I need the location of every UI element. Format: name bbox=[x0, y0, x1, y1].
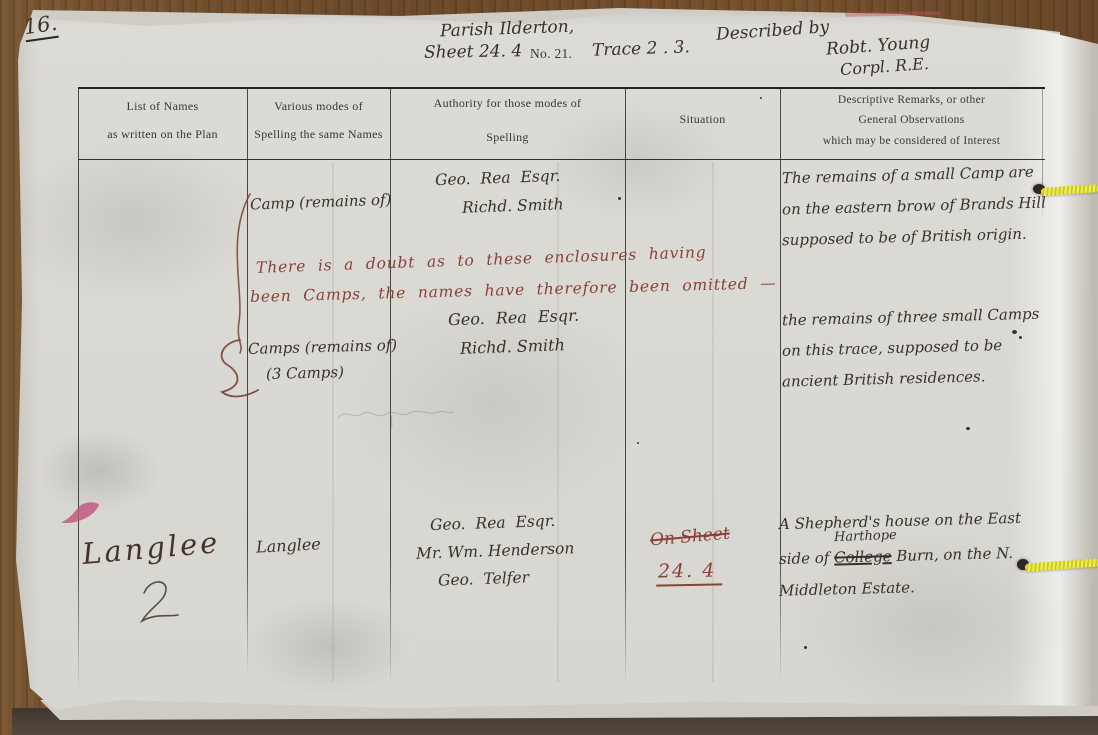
header-authority-line2: Spelling bbox=[390, 130, 625, 145]
header-situation: Situation bbox=[625, 112, 780, 127]
entry3-authority-3: Geo. Telfer bbox=[438, 568, 530, 589]
ink-speck bbox=[618, 197, 621, 200]
header-authority-line1: Authority for those modes of bbox=[390, 96, 625, 111]
paper-crease-3 bbox=[712, 162, 714, 682]
table-border-left bbox=[78, 88, 79, 692]
header-remarks-line2: General Observations bbox=[780, 114, 1043, 126]
entry3-remarks-struck-word: College bbox=[834, 547, 892, 566]
entry3-remarks-line2-prefix: side of bbox=[779, 549, 835, 568]
header-spelling-line1: Various modes of bbox=[247, 99, 390, 114]
entry3-situation-reference: 24. 4 bbox=[656, 559, 723, 586]
paper-crease-1 bbox=[332, 162, 334, 682]
entry3-remarks-line3: Middleton Estate. bbox=[779, 578, 915, 600]
header-names-line2: as written on the Plan bbox=[78, 127, 247, 142]
header-spelling-line2: Spelling the same Names bbox=[247, 127, 390, 142]
ink-flourish bbox=[130, 575, 186, 627]
ink-speck bbox=[1012, 330, 1017, 334]
faint-pencil-marking bbox=[336, 404, 456, 430]
entry2-spelling-line2: (3 Camps) bbox=[266, 363, 344, 383]
ink-speck bbox=[966, 427, 970, 430]
pink-crayon-mark bbox=[58, 500, 108, 526]
page-edge-red-smudge bbox=[845, 11, 940, 17]
ink-speck bbox=[760, 97, 762, 99]
ink-speck bbox=[804, 646, 807, 649]
entry1-authority-2: Richd. Smith bbox=[462, 195, 564, 217]
red-ink-brace bbox=[214, 190, 262, 400]
column-divider-3 bbox=[625, 88, 626, 688]
ink-speck bbox=[1019, 336, 1022, 339]
trace-reference: Trace 2 . 3. bbox=[592, 37, 690, 60]
entry3-spelling: Langlee bbox=[256, 534, 322, 556]
ink-speck bbox=[637, 442, 639, 444]
paper-crease-2 bbox=[557, 162, 559, 682]
header-names-line1: List of Names bbox=[78, 99, 247, 114]
table-header-rule bbox=[78, 159, 1045, 160]
page-number: 16. bbox=[22, 11, 59, 42]
header-remarks-line1: Descriptive Remarks, or other bbox=[780, 94, 1043, 106]
printed-number-label: No. 21. bbox=[530, 46, 572, 62]
sheet-reference: Sheet 24. 4 bbox=[424, 41, 523, 63]
entry2-authority-2: Richd. Smith bbox=[460, 335, 565, 358]
table-top-rule bbox=[78, 87, 1045, 89]
entry3-remarks-inserted-word: Harthope bbox=[834, 528, 897, 545]
scanned-name-book-page: 16. Parish Ilderton, Sheet 24. 4 No. 21.… bbox=[0, 0, 1098, 735]
column-divider-2 bbox=[390, 88, 391, 688]
header-remarks-line3: which may be considered of Interest bbox=[780, 135, 1043, 147]
entry3-remarks-line2-suffix: Burn, on the N. bbox=[891, 544, 1013, 565]
